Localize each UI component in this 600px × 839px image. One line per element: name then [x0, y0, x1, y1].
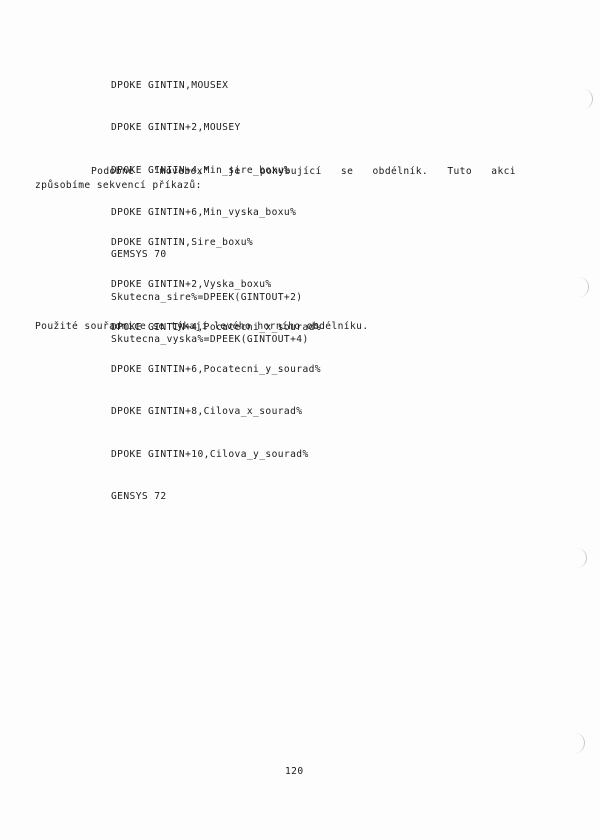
paragraph-movebox-line1: Podobně "movebox" je pohybující se obdél… — [91, 165, 516, 179]
word: "movebox" — [153, 165, 209, 179]
word: se — [341, 165, 353, 179]
paragraph-movebox-line2: způsobíme sekvencí příkazů: — [35, 179, 202, 193]
word: je — [228, 165, 240, 179]
code-line: DPOKE GINTIN,Sire_boxu% — [111, 236, 321, 250]
binding-hole-mark — [574, 733, 585, 753]
code-line: DPOKE GINTIN+10,Cilova_y_sourad% — [111, 448, 321, 462]
code-line: DPOKE GINTIN+2,Vyska_boxu% — [111, 278, 321, 292]
word: pohybující — [260, 165, 322, 179]
code-line: DPOKE GINTIN+8,Cilova_x_sourad% — [111, 405, 321, 419]
code-block-movebox: DPOKE GINTIN,Sire_boxu% DPOKE GINTIN+2,V… — [111, 208, 321, 532]
code-line: DPOKE GINTIN+2,MOUSEY — [111, 121, 309, 135]
code-line: DPOKE GINTIN,MOUSEX — [111, 79, 309, 93]
document-page: DPOKE GINTIN,MOUSEX DPOKE GINTIN+2,MOUSE… — [0, 0, 600, 839]
binding-hole-mark — [578, 277, 589, 297]
word: akci — [491, 165, 516, 179]
word: obdélník. — [372, 165, 428, 179]
word: Podobně — [91, 165, 134, 179]
code-line: DPOKE GINTIN+6,Pocatecni_y_sourad% — [111, 363, 321, 377]
word: Tuto — [447, 165, 472, 179]
code-line: GENSYS 72 — [111, 490, 321, 504]
binding-hole-mark — [576, 548, 587, 568]
paragraph-coordinates-note: Použité souřadnice se týkají levého horn… — [35, 320, 369, 334]
page-number: 120 — [285, 766, 304, 777]
binding-hole-mark — [582, 89, 593, 109]
